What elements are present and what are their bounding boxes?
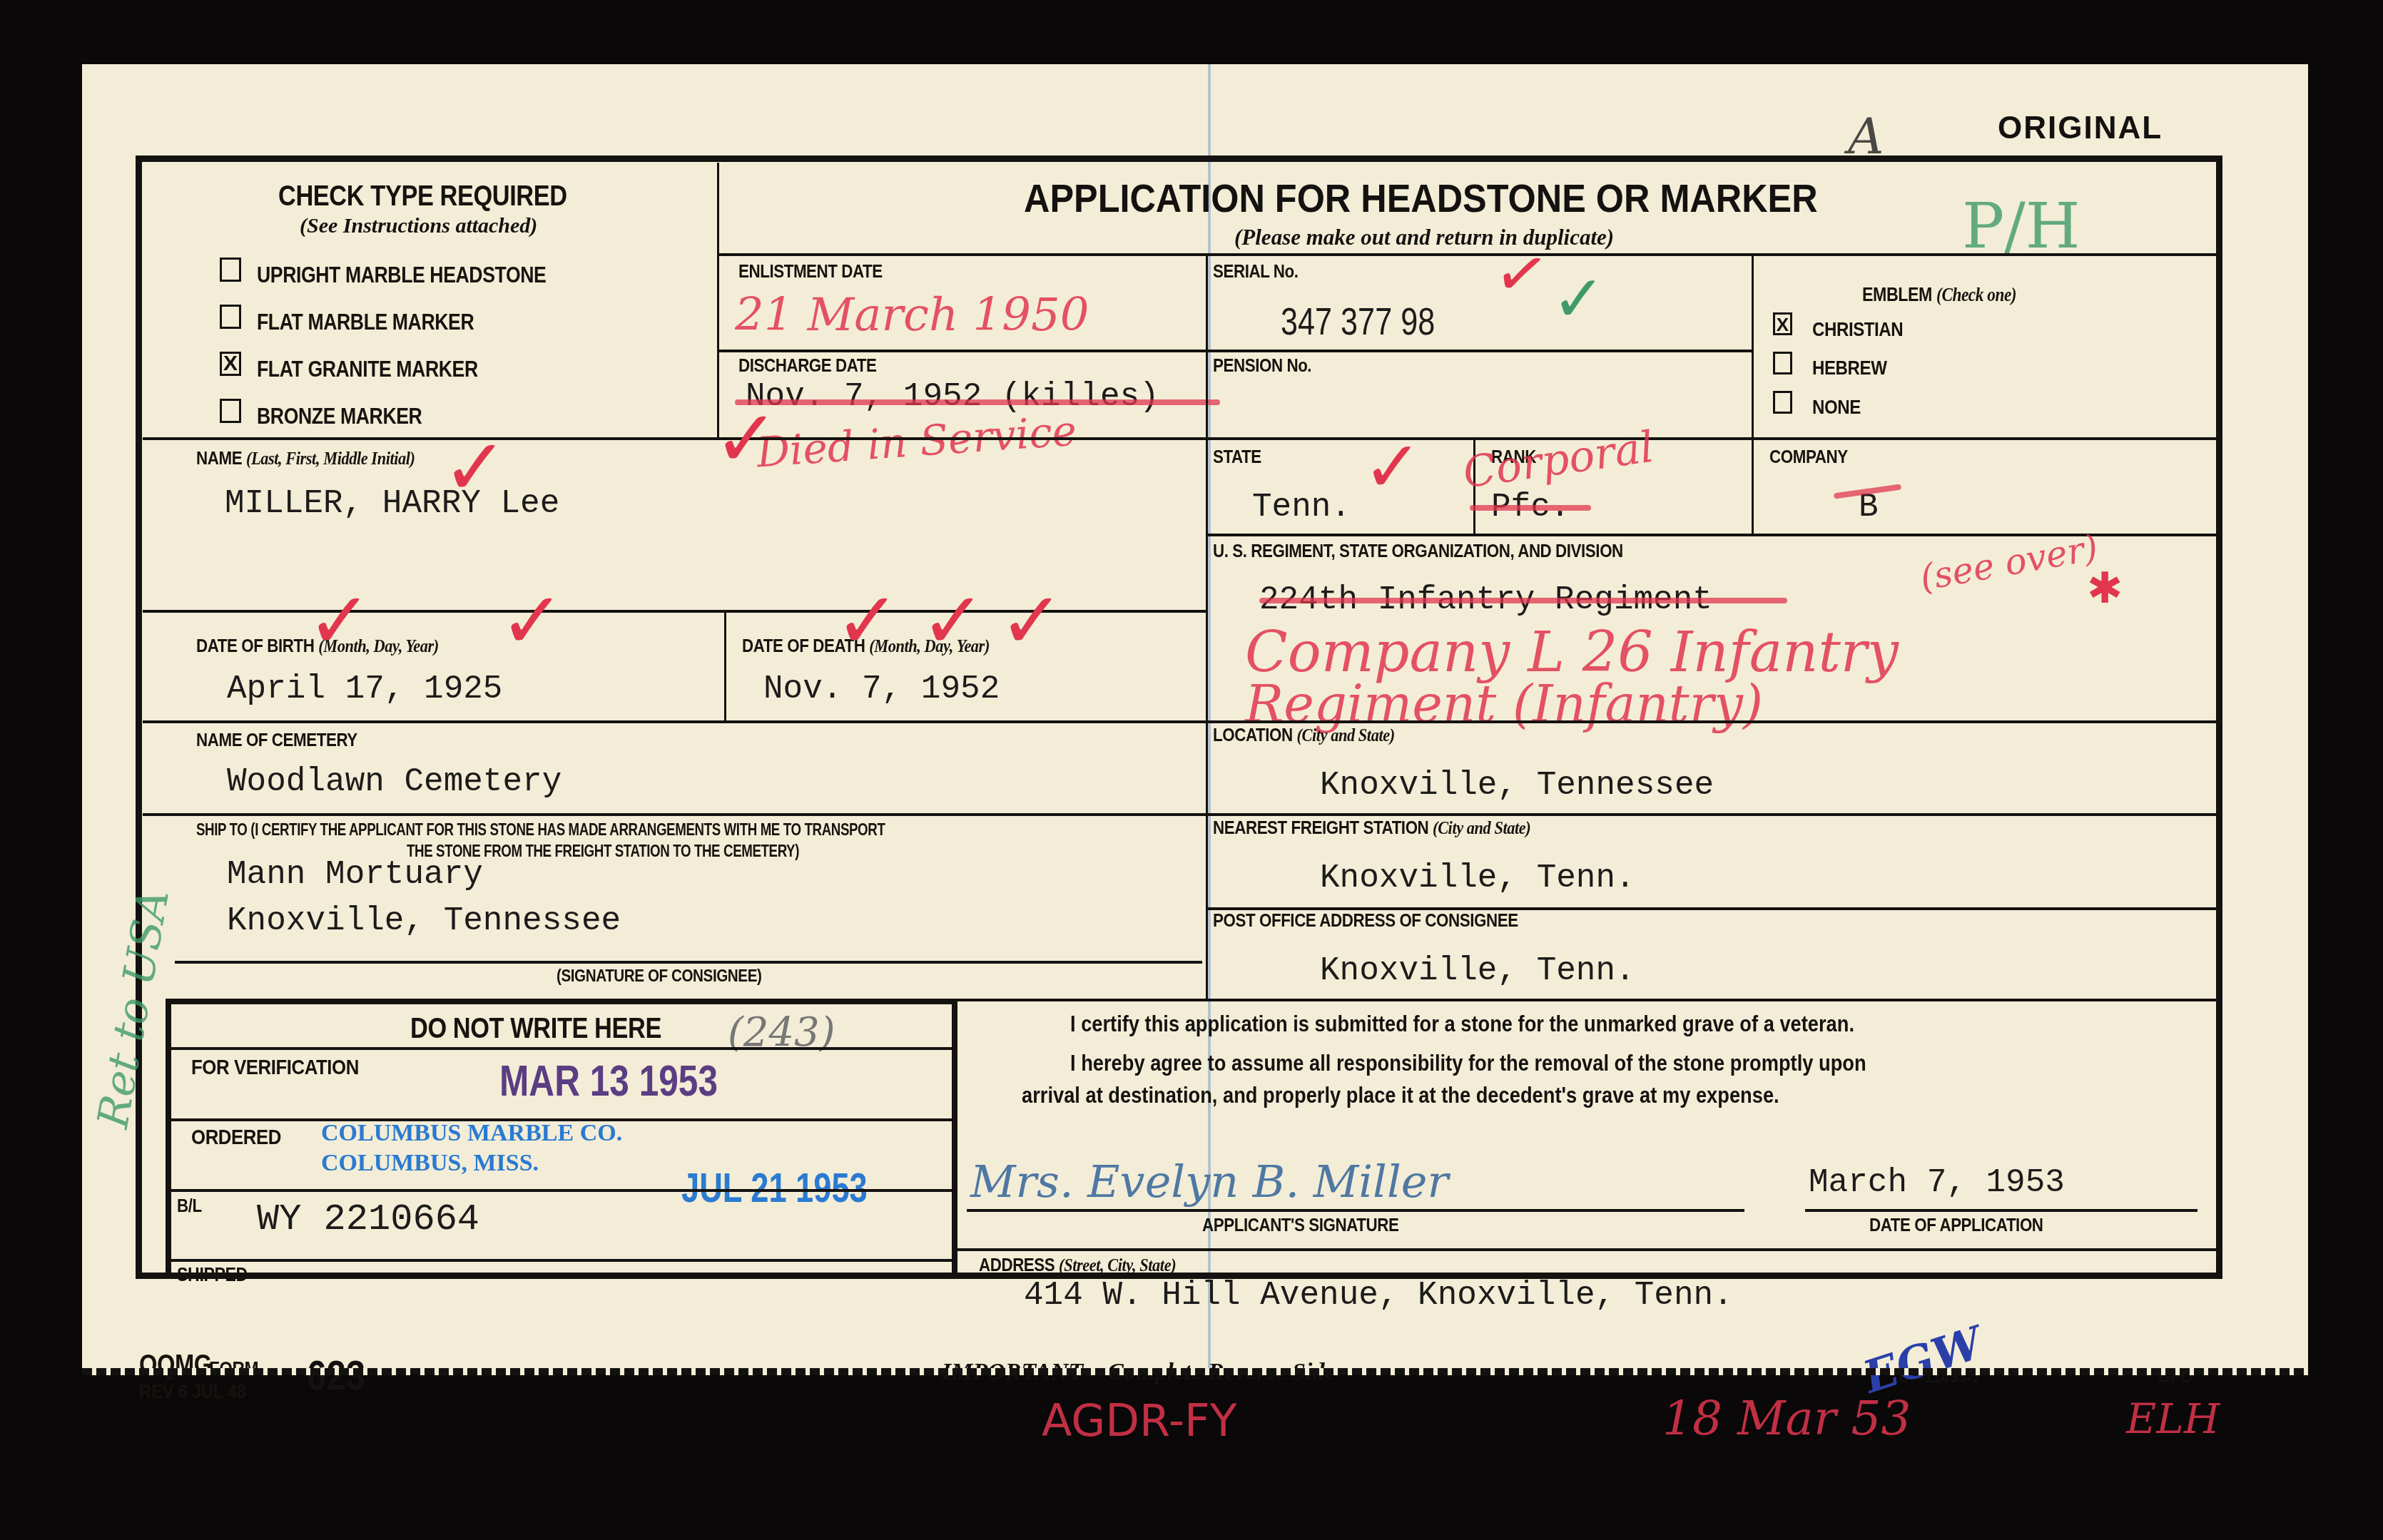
- date-of-application-value[interactable]: March 7, 1953: [1809, 1164, 2065, 1201]
- checkbox-upright-marble-headstone[interactable]: [220, 257, 241, 282]
- post-office-value[interactable]: Knoxville, Tenn.: [1320, 952, 1635, 989]
- shipped-label: SHIPPED: [177, 1264, 248, 1286]
- divider: [171, 1047, 952, 1050]
- divider: [1206, 253, 1208, 720]
- enlistment-date-label: ENLISTMENT DATE: [738, 260, 883, 282]
- red-annotation-agdr-fy: AGDR-FY: [1042, 1394, 1237, 1447]
- emblem-heading: EMBLEM (Check one): [1862, 284, 2016, 306]
- form-number: 623: [307, 1352, 365, 1399]
- red-check-mark-icon: ✓: [920, 581, 986, 660]
- red-check-mark-icon: ✓: [999, 581, 1065, 660]
- perforated-edge: [82, 1368, 2308, 1375]
- asterisk-icon: ✱: [2087, 564, 2123, 613]
- date-of-application-caption: DATE OF APPLICATION: [1869, 1214, 2043, 1236]
- name-label: NAME (Last, First, Middle Initial): [196, 447, 415, 469]
- ordered-stamp-line2: COLUMBUS, MISS.: [321, 1150, 539, 1177]
- ordered-stamp-line1: COLUMBUS MARBLE CO.: [321, 1120, 622, 1147]
- ship-to-value-line2[interactable]: Knoxville, Tennessee: [227, 902, 621, 939]
- freight-label-italic: (City and State): [1433, 817, 1530, 838]
- ordered-label: ORDERED: [191, 1126, 281, 1150]
- address-label-text: ADDRESS: [979, 1254, 1055, 1275]
- consignee-signature-caption: (SIGNATURE OF CONSIGNEE): [557, 967, 761, 986]
- checkbox-christian[interactable]: X: [1773, 312, 1792, 335]
- discharge-date-value[interactable]: Nov. 7, 1952 (killes): [746, 378, 1159, 415]
- rank-strikethrough: [1470, 505, 1591, 511]
- divider: [956, 999, 2219, 1001]
- office-use-heading: DO NOT WRITE HERE: [410, 1013, 661, 1045]
- divider: [1752, 439, 1754, 535]
- discharge-date-strikethrough: [735, 399, 1220, 405]
- emblem-heading-italic: (Check one): [1936, 284, 2016, 305]
- name-label-italic: (Last, First, Middle Initial): [246, 448, 415, 469]
- option-flat-marble-marker: FLAT MARBLE MARKER: [257, 310, 474, 335]
- freight-station-value[interactable]: Knoxville, Tenn.: [1320, 860, 1635, 897]
- for-verification-label: FOR VERIFICATION: [191, 1056, 359, 1080]
- state-value[interactable]: Tenn.: [1252, 489, 1351, 526]
- ship-to-value-line1[interactable]: Mann Mortuary: [227, 856, 483, 893]
- divider: [143, 813, 2219, 816]
- red-check-mark-icon: ✓: [835, 581, 900, 660]
- address-label: ADDRESS (Street, City, State): [979, 1254, 1176, 1276]
- green-check-mark-icon: ✓: [1552, 267, 1605, 332]
- cemetery-value[interactable]: Woodlawn Cemetery: [227, 763, 562, 800]
- freight-station-label: NEAREST FREIGHT STATION (City and State): [1213, 817, 1530, 839]
- post-office-label: POST OFFICE ADDRESS OF CONSIGNEE: [1213, 909, 1518, 932]
- checkbox-flat-marble-marker[interactable]: [220, 305, 241, 329]
- red-check-mark-icon: ✓: [1490, 238, 1554, 311]
- emblem-option-hebrew: HEBREW: [1812, 357, 1886, 379]
- check-type-section: CHECK TYPE REQUIRED (See Instructions at…: [143, 163, 717, 437]
- ship-to-label: SHIP TO (I CERTIFY THE APPLICANT FOR THI…: [196, 820, 885, 840]
- applicant-signature-caption: APPLICANT'S SIGNATURE: [1202, 1214, 1398, 1236]
- name-label-text: NAME: [196, 447, 242, 469]
- applicant-signature[interactable]: Mrs. Evelyn B. Miller: [970, 1156, 1448, 1208]
- cemetery-label: NAME OF CEMETERY: [196, 729, 357, 751]
- date-of-application-line: [1805, 1209, 2197, 1212]
- regiment-strikethrough: [1259, 598, 1787, 603]
- red-annotation-initials: ELH: [2126, 1394, 2220, 1443]
- applicant-address-value[interactable]: 414 W. Hill Avenue, Knoxville, Tenn.: [1024, 1277, 1733, 1314]
- location-label: LOCATION (City and State): [1213, 724, 1395, 746]
- verification-date-stamp: MAR 13 1953: [499, 1056, 718, 1106]
- divider: [171, 1259, 952, 1262]
- location-label-italic: (City and State): [1296, 725, 1394, 745]
- pension-no-label: PENSION No.: [1213, 355, 1311, 377]
- divider: [724, 610, 726, 720]
- certification-line1: I certify this application is submitted …: [1070, 1011, 1854, 1037]
- discharge-date-label: DISCHARGE DATE: [738, 355, 877, 377]
- option-bronze-marker: BRONZE MARKER: [257, 404, 422, 429]
- bl-label: B/L: [177, 1195, 202, 1217]
- bl-value[interactable]: WY 2210664: [257, 1198, 479, 1240]
- applicant-signature-line: [967, 1209, 1744, 1212]
- freight-label-text: NEAREST FREIGHT STATION: [1213, 817, 1428, 838]
- option-upright-marble-headstone: UPRIGHT MARBLE HEADSTONE: [257, 262, 546, 288]
- checkbox-none[interactable]: [1773, 391, 1792, 414]
- state-label: STATE: [1213, 446, 1261, 468]
- form-id-rev: REV 6 JUL 48: [139, 1380, 246, 1403]
- date-of-death-value[interactable]: Nov. 7, 1952: [763, 670, 1000, 708]
- address-label-italic: (Street, City, State): [1059, 1255, 1176, 1275]
- company-label: COMPANY: [1769, 446, 1848, 468]
- red-check-mark-icon: ✓: [713, 399, 779, 478]
- checkbox-hebrew[interactable]: [1773, 352, 1792, 374]
- divider: [143, 720, 2219, 723]
- location-value[interactable]: Knoxville, Tennessee: [1320, 767, 1714, 804]
- red-check-mark-icon: ✓: [442, 428, 508, 506]
- divider: [1752, 253, 1754, 439]
- divider: [1206, 350, 1752, 352]
- red-check-mark-icon: ✓: [307, 581, 372, 660]
- dob-label-text: DATE OF BIRTH: [196, 635, 314, 656]
- name-value[interactable]: MILLER, HARRY Lee: [225, 485, 559, 522]
- certification-line2a: I hereby agree to assume all responsibil…: [1070, 1051, 1866, 1076]
- check-type-subheading: (See Instructions attached): [300, 214, 537, 238]
- emblem-option-christian: CHRISTIAN: [1812, 318, 1903, 341]
- serial-no-label: SERIAL No.: [1213, 260, 1299, 282]
- regiment-label: U. S. REGIMENT, STATE ORGANIZATION, AND …: [1213, 540, 1623, 562]
- checkbox-bronze-marker[interactable]: [220, 399, 241, 423]
- emblem-heading-text: EMBLEM: [1862, 284, 1932, 305]
- divider: [1206, 720, 1208, 999]
- serial-no-value[interactable]: 347 377 98: [1281, 300, 1435, 344]
- divider: [717, 350, 1206, 352]
- red-check-mark-icon: ✓: [1363, 432, 1423, 503]
- red-check-mark-icon: ✓: [499, 581, 565, 660]
- option-flat-granite-marker: FLAT GRANITE MARKER: [257, 357, 478, 382]
- checkbox-flat-granite-marker[interactable]: X: [220, 352, 241, 376]
- divider: [957, 1248, 2219, 1251]
- consignee-signature-line: [175, 961, 1202, 964]
- divider: [171, 1189, 952, 1192]
- certification-line2b: arrival at destination, and properly pla…: [1022, 1083, 1779, 1108]
- form-id-oqmg: OQMG: [139, 1350, 212, 1381]
- date-of-birth-value[interactable]: April 17, 1925: [227, 670, 502, 708]
- copy-label: ORIGINAL: [1998, 111, 2163, 146]
- green-annotation-ph: P/H: [1962, 189, 2080, 262]
- form-subtitle: (Please make out and return in duplicate…: [1234, 225, 1614, 250]
- check-type-heading: CHECK TYPE REQUIRED: [278, 180, 567, 213]
- emblem-option-none: NONE: [1812, 396, 1861, 419]
- location-label-text: LOCATION: [1213, 724, 1293, 745]
- ordered-date-stamp: JUL 21 1953: [681, 1164, 868, 1212]
- enlistment-date-handwritten[interactable]: 21 March 1950: [735, 289, 1089, 342]
- form-title: APPLICATION FOR HEADSTONE OR MARKER: [1024, 175, 1818, 221]
